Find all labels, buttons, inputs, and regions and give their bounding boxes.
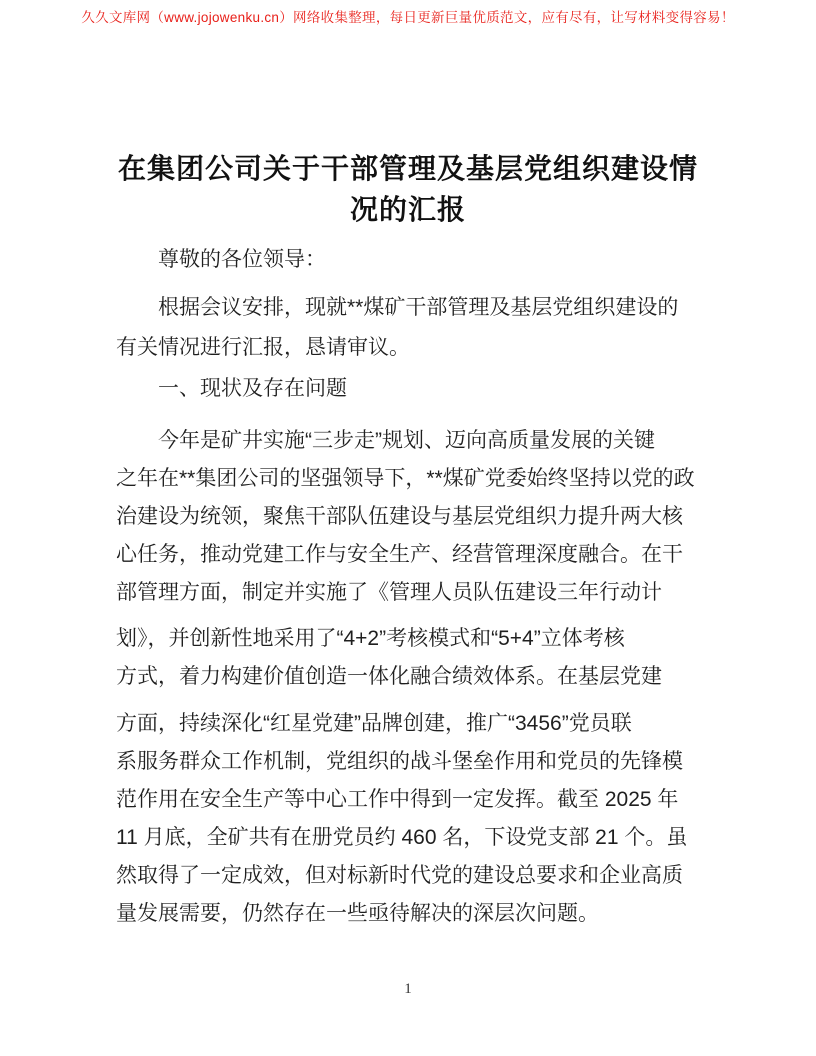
paragraph: 今年是矿井实施“三步走”规划、迈向高质量发展的关键之年在**集团公司的坚强领导下… (116, 422, 700, 612)
document-title-line-2: 况的汇报 (60, 189, 756, 230)
text-line: 量发展需要，仍然存在一些亟待解决的深层次问题。 (116, 895, 700, 933)
document-page: 久久文库网（www.jojowenku.cn）网络收集整理，每日更新巨量优质范文… (0, 0, 816, 1056)
text-line: 系服务群众工作机制，党组织的战斗堡垒作用和党员的先锋模 (116, 743, 700, 781)
paragraph: 划》，并创新性地采用了“4+2”考核模式和“5+4”立体考核方式，着力构建价值创… (116, 620, 700, 696)
text-line: 范作用在安全生产等中心工作中得到一定发挥。截至 2025 年 (116, 781, 700, 819)
paragraph: 根据会议安排，现就**煤矿干部管理及基层党组织建设的有关情况进行汇报，恳请审议。 (116, 288, 700, 368)
text-line: 方式，着力构建价值创造一体化融合绩效体系。在基层党建 (116, 658, 700, 696)
text-line: 一、现状及存在问题 (116, 371, 700, 406)
text-line: 心任务，推动党建工作与安全生产、经营管理深度融合。在干 (116, 536, 700, 574)
paragraph: 方面，持续深化“红星党建”品牌创建，推广“3456”党员联系服务群众工作机制，党… (116, 705, 700, 933)
document-title: 在集团公司关于干部管理及基层党组织建设情 况的汇报 (60, 148, 756, 230)
document-title-line-1: 在集团公司关于干部管理及基层党组织建设情 (60, 148, 756, 189)
text-line: 之年在**集团公司的坚强领导下，**煤矿党委始终坚持以党的政 (116, 460, 700, 498)
text-line: 根据会议安排，现就**煤矿干部管理及基层党组织建设的 (116, 288, 700, 328)
watermark-header: 久久文库网（www.jojowenku.cn）网络收集整理，每日更新巨量优质范文… (0, 6, 816, 26)
page-number: 1 (0, 981, 816, 998)
salutation: 尊敬的各位领导： (116, 240, 700, 280)
text-line: 方面，持续深化“红星党建”品牌创建，推广“3456”党员联 (116, 705, 700, 743)
body-text-blocks: 根据会议安排，现就**煤矿干部管理及基层党组织建设的有关情况进行汇报，恳请审议。… (116, 288, 700, 933)
document-body: 尊敬的各位领导： 根据会议安排，现就**煤矿干部管理及基层党组织建设的有关情况进… (116, 240, 700, 933)
text-line: 部管理方面，制定并实施了《管理人员队伍建设三年行动计 (116, 574, 700, 612)
text-line: 划》，并创新性地采用了“4+2”考核模式和“5+4”立体考核 (116, 620, 700, 658)
text-line: 治建设为统领，聚焦干部队伍建设与基层党组织力提升两大核 (116, 498, 700, 536)
text-line: 今年是矿井实施“三步走”规划、迈向高质量发展的关键 (116, 422, 700, 460)
text-line: 然取得了一定成效，但对标新时代党的建设总要求和企业高质 (116, 857, 700, 895)
section-heading: 一、现状及存在问题 (116, 371, 700, 406)
text-line: 有关情况进行汇报，恳请审议。 (116, 328, 700, 368)
text-line: 11 月底，全矿共有在册党员约 460 名，下设党支部 21 个。虽 (116, 819, 700, 857)
